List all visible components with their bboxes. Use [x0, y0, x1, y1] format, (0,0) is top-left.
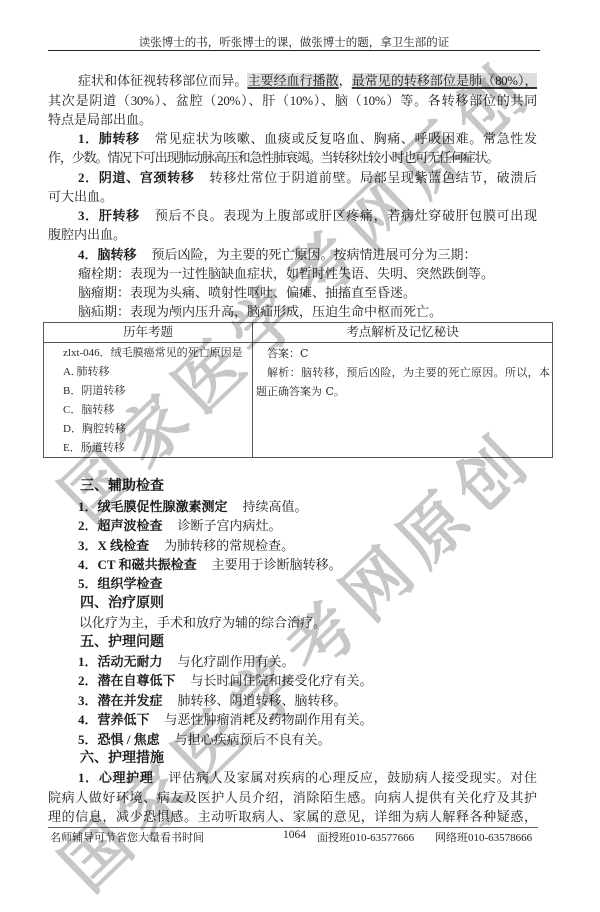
brain-stage: 脑瘤期：表现为头痛、喷射性呕吐、偏瘫、抽搐直至昏迷。: [48, 283, 537, 302]
nursing-problem-item: 4．营养低下与恶性肿瘤消耗及药物副作用有关。: [48, 710, 537, 729]
analysis-text-continued: 题正确答案为 C。: [256, 382, 550, 401]
question-cell: zlxt-046．绒毛膜癌常见的死亡原因是 A. 肺转移 B．阴道转移 C．脑转…: [63, 344, 249, 458]
item-title: 肺转移: [99, 131, 140, 146]
answer-option-a: A. 肺转移: [63, 363, 249, 382]
item-desc: 为肺转移的常规检查。: [164, 538, 294, 553]
table-column-divider: [252, 323, 253, 457]
footer-onsite-class-phone: 面授班010-63577666: [317, 831, 414, 846]
item-desc: 与长时间住院和接受化疗有关。: [191, 673, 373, 688]
treatment-text: 以化疗为主，手术和放疗为辅的综合治疗。: [48, 613, 537, 632]
item-label: 组织学检查: [98, 576, 163, 591]
stage-desc: 表现为颅内压升高，脑疝形成，压迫生命中枢而死亡。: [130, 304, 442, 319]
correct-answer: 答案：C: [256, 344, 550, 363]
nursing-problem-item: 2．潜在自尊低下与长时间住院和接受化疗有关。: [48, 671, 537, 690]
item-desc: 与化疗副作用有关。: [178, 654, 295, 669]
answer-option-d: D．胸腔转移: [63, 420, 249, 439]
item-text: 转移灶常位于阴道前壁。局部呈现紫蓝色结节，破溃后: [210, 170, 537, 185]
intro-line: 其次是阴道（30%）、盆腔（20%）、肝（10%）、脑（10%）等。各转移部位的…: [48, 91, 537, 110]
item-desc: 持续高值。: [243, 499, 308, 514]
item-number: 2．: [78, 170, 99, 185]
item-number: 1．: [78, 499, 98, 514]
item-number: 4．: [78, 247, 98, 262]
brain-stage: 脑疝期：表现为颅内压升高，脑疝形成，压迫生命中枢而死亡。: [48, 302, 537, 321]
auxiliary-exam-item: 3．X 线检查为肺转移的常规检查。: [48, 536, 537, 555]
metastasis-item-brain: 4．脑转移预后凶险，为主要的死亡原因。按病情进展可分为三期：: [48, 245, 537, 264]
item-title: 肝转移: [99, 208, 140, 223]
nursing-problem-item: 3．潜在并发症肺转移、阴道转移、脑转移。: [48, 691, 537, 710]
item-label: 绒毛膜促性腺激素测定: [98, 499, 228, 514]
metastasis-item-liver: 3．肝转移预后不良。表现为上腹部或肝区疼痛，若病灶穿破肝包膜可出现: [48, 206, 537, 225]
item-title: 阴道、宫颈转移: [99, 170, 195, 185]
nursing-problem-item: 1．活动无耐力与化疗副作用有关。: [48, 652, 537, 671]
stage-name: 脑疝期：: [78, 304, 130, 319]
section-heading-auxiliary-exam: 三、辅助检查: [48, 477, 537, 496]
item-text-continued: 腹腔内出血。: [48, 225, 537, 244]
intro-separator: ，: [339, 73, 352, 88]
item-label: 恐惧 / 焦虑: [98, 732, 160, 747]
section-heading-nursing-problems: 五、护理问题: [48, 633, 537, 652]
section-heading-nursing-measures: 六、护理措施: [48, 749, 537, 768]
highlight-hematogenous-spread: 主要经血行播散: [247, 73, 338, 88]
item-number: 3．: [78, 538, 98, 553]
auxiliary-exam-item: 5．组织学检查: [48, 574, 537, 593]
highlight-lung-most-common: 最常见的转移部位是肺（80%），: [352, 73, 537, 88]
metastasis-section: 症状和体征视转移部位而异。主要经血行播散，最常见的转移部位是肺（80%）， 其次…: [48, 71, 537, 321]
item-text-continued: 院病人做好环境、病友及医护人员介绍，消除陌生感。向病人提供有关化疗及其护: [48, 788, 537, 807]
analysis-cell: 答案：C 解析：脑转移，预后凶险，为主要的死亡原因。所以，本 题正确答案为 C。: [256, 344, 550, 401]
item-number: 1．: [78, 654, 98, 669]
item-desc: 与担心疾病预后不良有关。: [175, 732, 331, 747]
item-number: 3．: [78, 693, 98, 708]
section-heading-treatment: 四、治疗原则: [48, 594, 537, 613]
header-rule: [48, 50, 540, 51]
stage-name: 瘤栓期：: [78, 266, 130, 281]
auxiliary-exam-item: 4．CT 和磁共振检查主要用于诊断脑转移。: [48, 555, 537, 574]
intro-line: 特点是局部出血。: [48, 110, 537, 129]
item-label: 超声波检查: [98, 518, 163, 533]
page-number: 1064: [283, 828, 306, 843]
metastasis-item-lung: 1．肺转移常见症状为咳嗽、血痰或反复咯血、胸痛、呼吸困难。常急性发: [48, 129, 537, 148]
intro-lead-text: 症状和体征视转移部位而异。: [78, 73, 247, 88]
item-text-continued: 作，少数。情况下可出现肺动脉高压和急性肺衰竭。当转移灶较小时也可无任何症状。: [48, 148, 537, 167]
footer-online-class-phone: 网络班010-63578666: [435, 831, 532, 846]
item-text: 预后凶险，为主要的死亡原因。按病情进展可分为三期：: [152, 247, 477, 262]
auxiliary-exam-item: 2．超声波检查诊断子宫内病灶。: [48, 516, 537, 535]
exam-question-table: 历年考题 考点解析及记忆秘诀 zlxt-046．绒毛膜癌常见的死亡原因是 A. …: [43, 322, 553, 458]
item-label: 营养低下: [98, 712, 150, 727]
item-text: 预后不良。表现为上腹部或肝区疼痛，若病灶穿破肝包膜可出现: [155, 208, 537, 223]
item-number: 5．: [78, 576, 98, 591]
item-number: 1．: [78, 770, 99, 785]
stage-name: 脑瘤期：: [78, 285, 130, 300]
item-desc: 与恶性肿瘤消耗及药物副作用有关。: [165, 712, 373, 727]
item-number: 1．: [78, 131, 99, 146]
item-number: 2．: [78, 518, 98, 533]
item-number: 4．: [78, 712, 98, 727]
item-number: 4．: [78, 557, 98, 572]
document-page: 读张博士的书，听张博士的课，做张博士的题，拿卫生部的证 症状和体征视转移部位而异…: [0, 0, 600, 912]
item-label: 潜在并发症: [98, 693, 163, 708]
nursing-measure-item: 1．心理护理评估病人及家属对疾病的心理反应，鼓励病人接受现实。对住: [48, 768, 537, 787]
running-header-slogan: 读张博士的书，听张博士的课，做张博士的题，拿卫生部的证: [48, 35, 540, 51]
item-number: 5．: [78, 732, 98, 747]
item-label: CT 和磁共振检查: [98, 557, 197, 572]
item-label: X 线检查: [98, 538, 150, 553]
item-desc: 诊断子宫内病灶。: [178, 518, 282, 533]
item-title: 脑转移: [98, 247, 137, 262]
item-number: 3．: [78, 208, 99, 223]
item-desc: 肺转移、阴道转移、脑转移。: [178, 693, 347, 708]
footer-tagline: 名师辅导可节省您大量看书时间: [50, 831, 204, 846]
answer-option-e: E．肠道转移: [63, 439, 249, 458]
item-number: 2．: [78, 673, 98, 688]
stage-desc: 表现为一过性脑缺血症状，如暂时性失语、失明、突然跌倒等。: [130, 266, 494, 281]
item-text: 常见症状为咳嗽、血痰或反复咯血、胸痛、呼吸困难。常急性发: [155, 131, 537, 146]
question-stem: zlxt-046．绒毛膜癌常见的死亡原因是: [63, 344, 249, 363]
item-label: 潜在自尊低下: [98, 673, 176, 688]
answer-option-b: B．阴道转移: [63, 382, 249, 401]
item-text-continued: 可大出血。: [48, 187, 537, 206]
answer-option-c: C．脑转移: [63, 401, 249, 420]
table-header-analysis: 考点解析及记忆秘诀: [253, 323, 552, 342]
metastasis-item-vagina-cervix: 2．阴道、宫颈转移转移灶常位于阴道前壁。局部呈现紫蓝色结节，破溃后: [48, 168, 537, 187]
stage-desc: 表现为头痛、喷射性呕吐、偏瘫、抽搐直至昏迷。: [130, 285, 416, 300]
item-label: 活动无耐力: [98, 654, 163, 669]
analysis-text: 解析：脑转移，预后凶险，为主要的死亡原因。所以，本: [256, 363, 550, 382]
item-label: 心理护理: [99, 770, 154, 785]
brain-stage: 瘤栓期：表现为一过性脑缺血症状，如暂时性失语、失明、突然跌倒等。: [48, 264, 537, 283]
nursing-problem-item: 5．恐惧 / 焦虑与担心疾病预后不良有关。: [48, 730, 537, 749]
item-text-continued: 理的信息，减少恐惧感。主动听取病人、家属的意见，详细为病人解释各种疑惑，: [48, 807, 537, 826]
exam-treatment-nursing-sections: 三、辅助检查 1．绒毛膜促性腺激素测定持续高值。 2．超声波检查诊断子宫内病灶。…: [48, 477, 537, 826]
item-desc: 主要用于诊断脑转移。: [212, 557, 342, 572]
auxiliary-exam-item: 1．绒毛膜促性腺激素测定持续高值。: [48, 497, 537, 516]
item-text: 评估病人及家属对疾病的心理反应，鼓励病人接受现实。对住: [169, 770, 537, 785]
table-header-past-questions: 历年考题: [44, 323, 252, 342]
intro-line: 症状和体征视转移部位而异。主要经血行播散，最常见的转移部位是肺（80%），: [48, 71, 537, 90]
